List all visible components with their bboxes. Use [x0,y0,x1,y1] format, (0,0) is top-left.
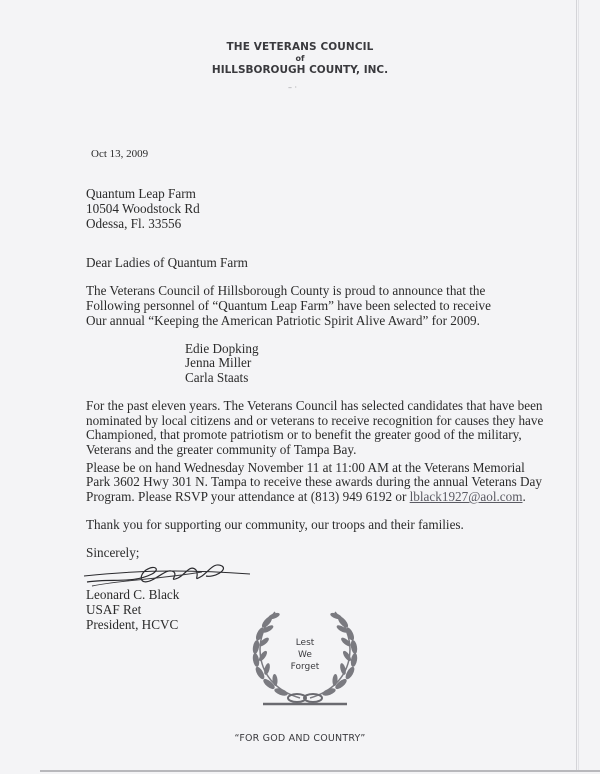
letter-page: THE VETERANS COUNCIL of HILLSBOROUGH COU… [0,0,600,774]
signer-name: Leonard C. Black [86,587,179,603]
period: . [523,489,526,504]
rsvp-text: Program. Please RSVP your attendance at … [86,489,410,504]
signer-title: President, HCVC [86,617,178,633]
paragraph-line: The Veterans Council of Hillsborough Cou… [86,283,485,299]
emblem-line: We [245,649,365,661]
recipient-city: Odessa, Fl. 33556 [86,216,181,232]
letter-date: Oct 13, 2009 [91,146,148,162]
paragraph-line: Championed, that promote patriotism or t… [86,427,522,443]
honoree-name: Carla Staats [185,370,248,386]
emblem-line: Lest [245,637,365,649]
paragraph-line: Our annual “Keeping the American Patriot… [86,313,480,329]
recipient-name: Quantum Leap Farm [86,186,196,202]
emblem-text: Lest We Forget [245,637,365,673]
paragraph-line: For the past eleven years. The Veterans … [86,398,543,414]
paragraph-line: Park 3602 Hwy 301 N. Tampa to receive th… [86,474,542,490]
signer-rank: USAF Ret [86,602,141,618]
letterhead-title: THE VETERANS COUNCIL [0,41,600,53]
scan-edge-line [576,0,577,770]
paragraph-line: Following personnel of “Quantum Leap Far… [86,298,491,314]
emblem-line: Forget [245,661,365,673]
letterhead-county: HILLSBOROUGH COUNTY, INC. [0,64,600,76]
closing-line: Thank you for supporting our community, … [86,517,464,533]
honoree-name: Jenna Miller [185,355,251,371]
sign-off: Sincerely; [86,545,139,561]
lest-we-forget-emblem: Lest We Forget [245,600,365,710]
letterhead-mark: – · [288,83,297,92]
scan-edge-line [578,0,579,770]
recipient-street: 10504 Woodstock Rd [86,201,200,217]
motto: “FOR GOD AND COUNTRY” [0,733,600,744]
paragraph-line: Program. Please RSVP your attendance at … [86,489,526,505]
letterhead-of: of [0,54,600,63]
email-link[interactable]: lblack1927@aol.com [410,489,523,504]
scan-bottom-edge [40,770,600,772]
paragraph-line: Veterans and the greater community of Ta… [86,442,356,458]
salutation: Dear Ladies of Quantum Farm [86,255,248,271]
